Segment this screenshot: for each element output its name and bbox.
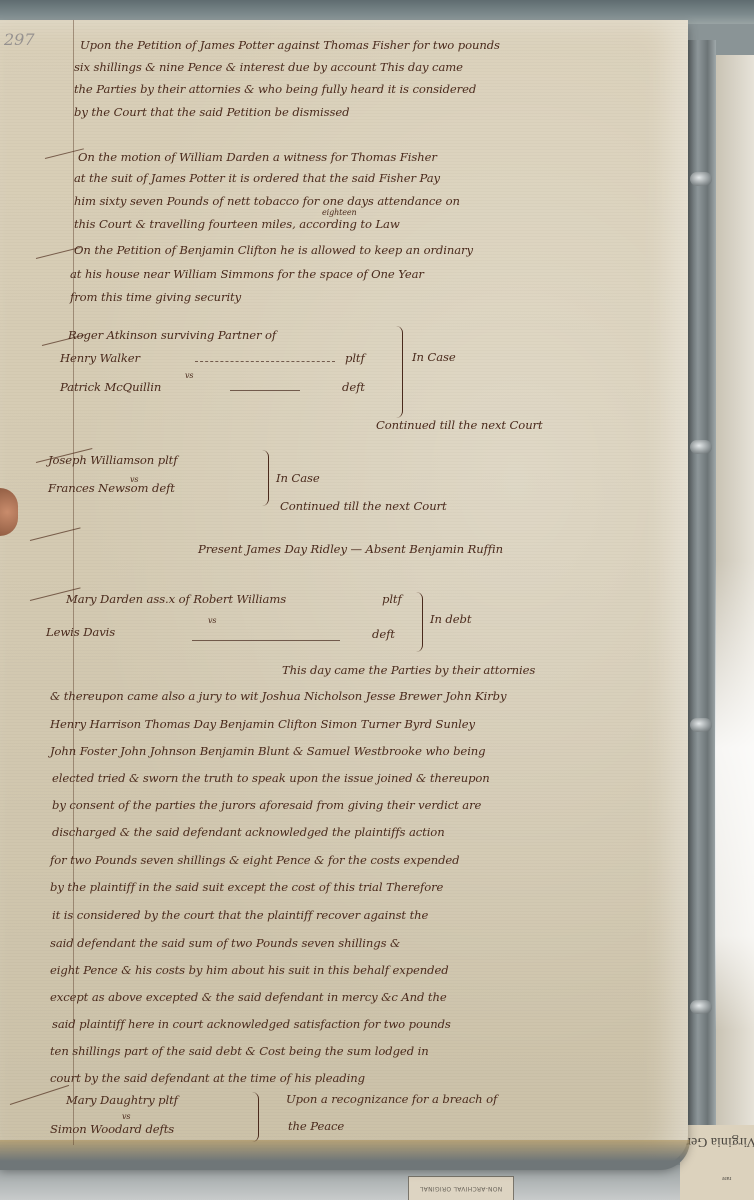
deft-label: deft [342, 382, 365, 394]
defendant-name: Frances Newsom deft [48, 483, 175, 495]
action-line: the Peace [288, 1121, 344, 1133]
table-surface [0, 1165, 754, 1200]
versus-label: vs [208, 617, 216, 625]
plaintiff-name: Roger Atkinson surviving Partner of [68, 330, 276, 342]
sleeve-glare [715, 560, 754, 1030]
entry-line: from this time giving security [70, 292, 241, 304]
entry-line: John Foster John Johnson Benjamin Blunt … [50, 746, 486, 758]
defendant-name: Lewis Davis [46, 627, 115, 639]
entry-line: elected tried & sworn the truth to speak… [52, 773, 490, 785]
binder-label-sub: rare [722, 1175, 731, 1181]
disposition: Continued till the next Court [376, 420, 543, 432]
present-absent-note: Present James Day Ridley — Absent Benjam… [198, 544, 503, 556]
entry-line: at the suit of James Potter it is ordere… [74, 173, 440, 185]
entry-line: by the Court that the said Petition be d… [74, 107, 349, 119]
entry-line: said defendant the said sum of two Pound… [50, 938, 400, 950]
entry-line: six shillings & nine Pence & interest du… [74, 62, 463, 74]
action-line: Upon a recognizance for a breach of [286, 1094, 497, 1106]
entry-line: discharged & the said defendant acknowle… [52, 827, 445, 839]
binder-ring [690, 440, 712, 454]
binder-ring [690, 172, 712, 186]
entry-line: it is considered by the court that the p… [52, 910, 428, 922]
entry-line: him sixty seven Pounds of nett tobacco f… [74, 196, 460, 208]
entry-line: court by the said defendant at the time … [50, 1073, 365, 1085]
entry-line: said plaintiff here in court acknowledge… [52, 1019, 451, 1031]
archival-stamp: NON-ARCHIVAL ORIGINAL [408, 1176, 514, 1200]
binder-label-text: Virginia Gen [684, 1133, 754, 1149]
page-bottom-edge [0, 1140, 690, 1170]
entry-line: except as above excepted & the said defe… [50, 992, 447, 1004]
versus-label: vs [122, 1113, 130, 1121]
action-type: In debt [430, 614, 471, 626]
bracket [252, 1092, 259, 1142]
entry-line: ten shillings part of the said debt & Co… [50, 1046, 429, 1058]
binder-ring [690, 1000, 712, 1014]
leader-line [192, 640, 340, 641]
entry-line: On the motion of William Darden a witnes… [78, 152, 437, 164]
entry-line: at his house near William Simmons for th… [70, 269, 424, 281]
binder-spine [688, 40, 716, 1150]
page-number: 297 [4, 30, 35, 49]
defendant-name: Patrick McQuillin [60, 382, 161, 394]
defendant-name: Simon Woodard defts [50, 1124, 174, 1136]
entry-line: by the plaintiff in the said suit except… [50, 882, 443, 894]
plaintiff-name: Mary Daughtry pltf [66, 1095, 178, 1107]
versus-label: vs [185, 372, 193, 380]
disposition: Continued till the next Court [280, 501, 447, 513]
entry-line: Henry Harrison Thomas Day Benjamin Clift… [50, 719, 475, 731]
interlineation: eighteen [322, 209, 357, 217]
action-type: In Case [276, 473, 320, 485]
action-type: In Case [412, 352, 456, 364]
entry-line: & thereupon came also a jury to wit Josh… [50, 691, 506, 703]
bracket [262, 450, 269, 506]
bracket [416, 592, 423, 652]
entry-line: the Parties by their attornies & who bei… [74, 84, 476, 96]
binder-ring [690, 718, 712, 732]
pltf-label: pltf [345, 353, 365, 365]
entry-line: On the Petition of Benjamin Clifton he i… [74, 245, 473, 257]
deft-label: deft [372, 629, 395, 641]
plaintiff-name: Henry Walker [60, 353, 140, 365]
entry-line: by consent of the parties the jurors afo… [52, 800, 481, 812]
entry-line: This day came the Parties by their attor… [282, 665, 535, 677]
leader-line [195, 361, 335, 362]
plaintiff-name: Joseph Williamson pltf [48, 455, 177, 467]
leader-line [230, 390, 300, 391]
plaintiff-name: Mary Darden ass.x of Robert Williams [66, 594, 286, 606]
entry-line: Upon the Petition of James Potter agains… [80, 40, 500, 52]
entry-line: eight Pence & his costs by him about his… [50, 965, 449, 977]
entry-line: this Court & travelling fourteen miles, … [74, 219, 400, 231]
entry-line: for two Pounds seven shillings & eight P… [50, 855, 460, 867]
bracket [396, 326, 403, 418]
pltf-label: pltf [382, 594, 402, 606]
